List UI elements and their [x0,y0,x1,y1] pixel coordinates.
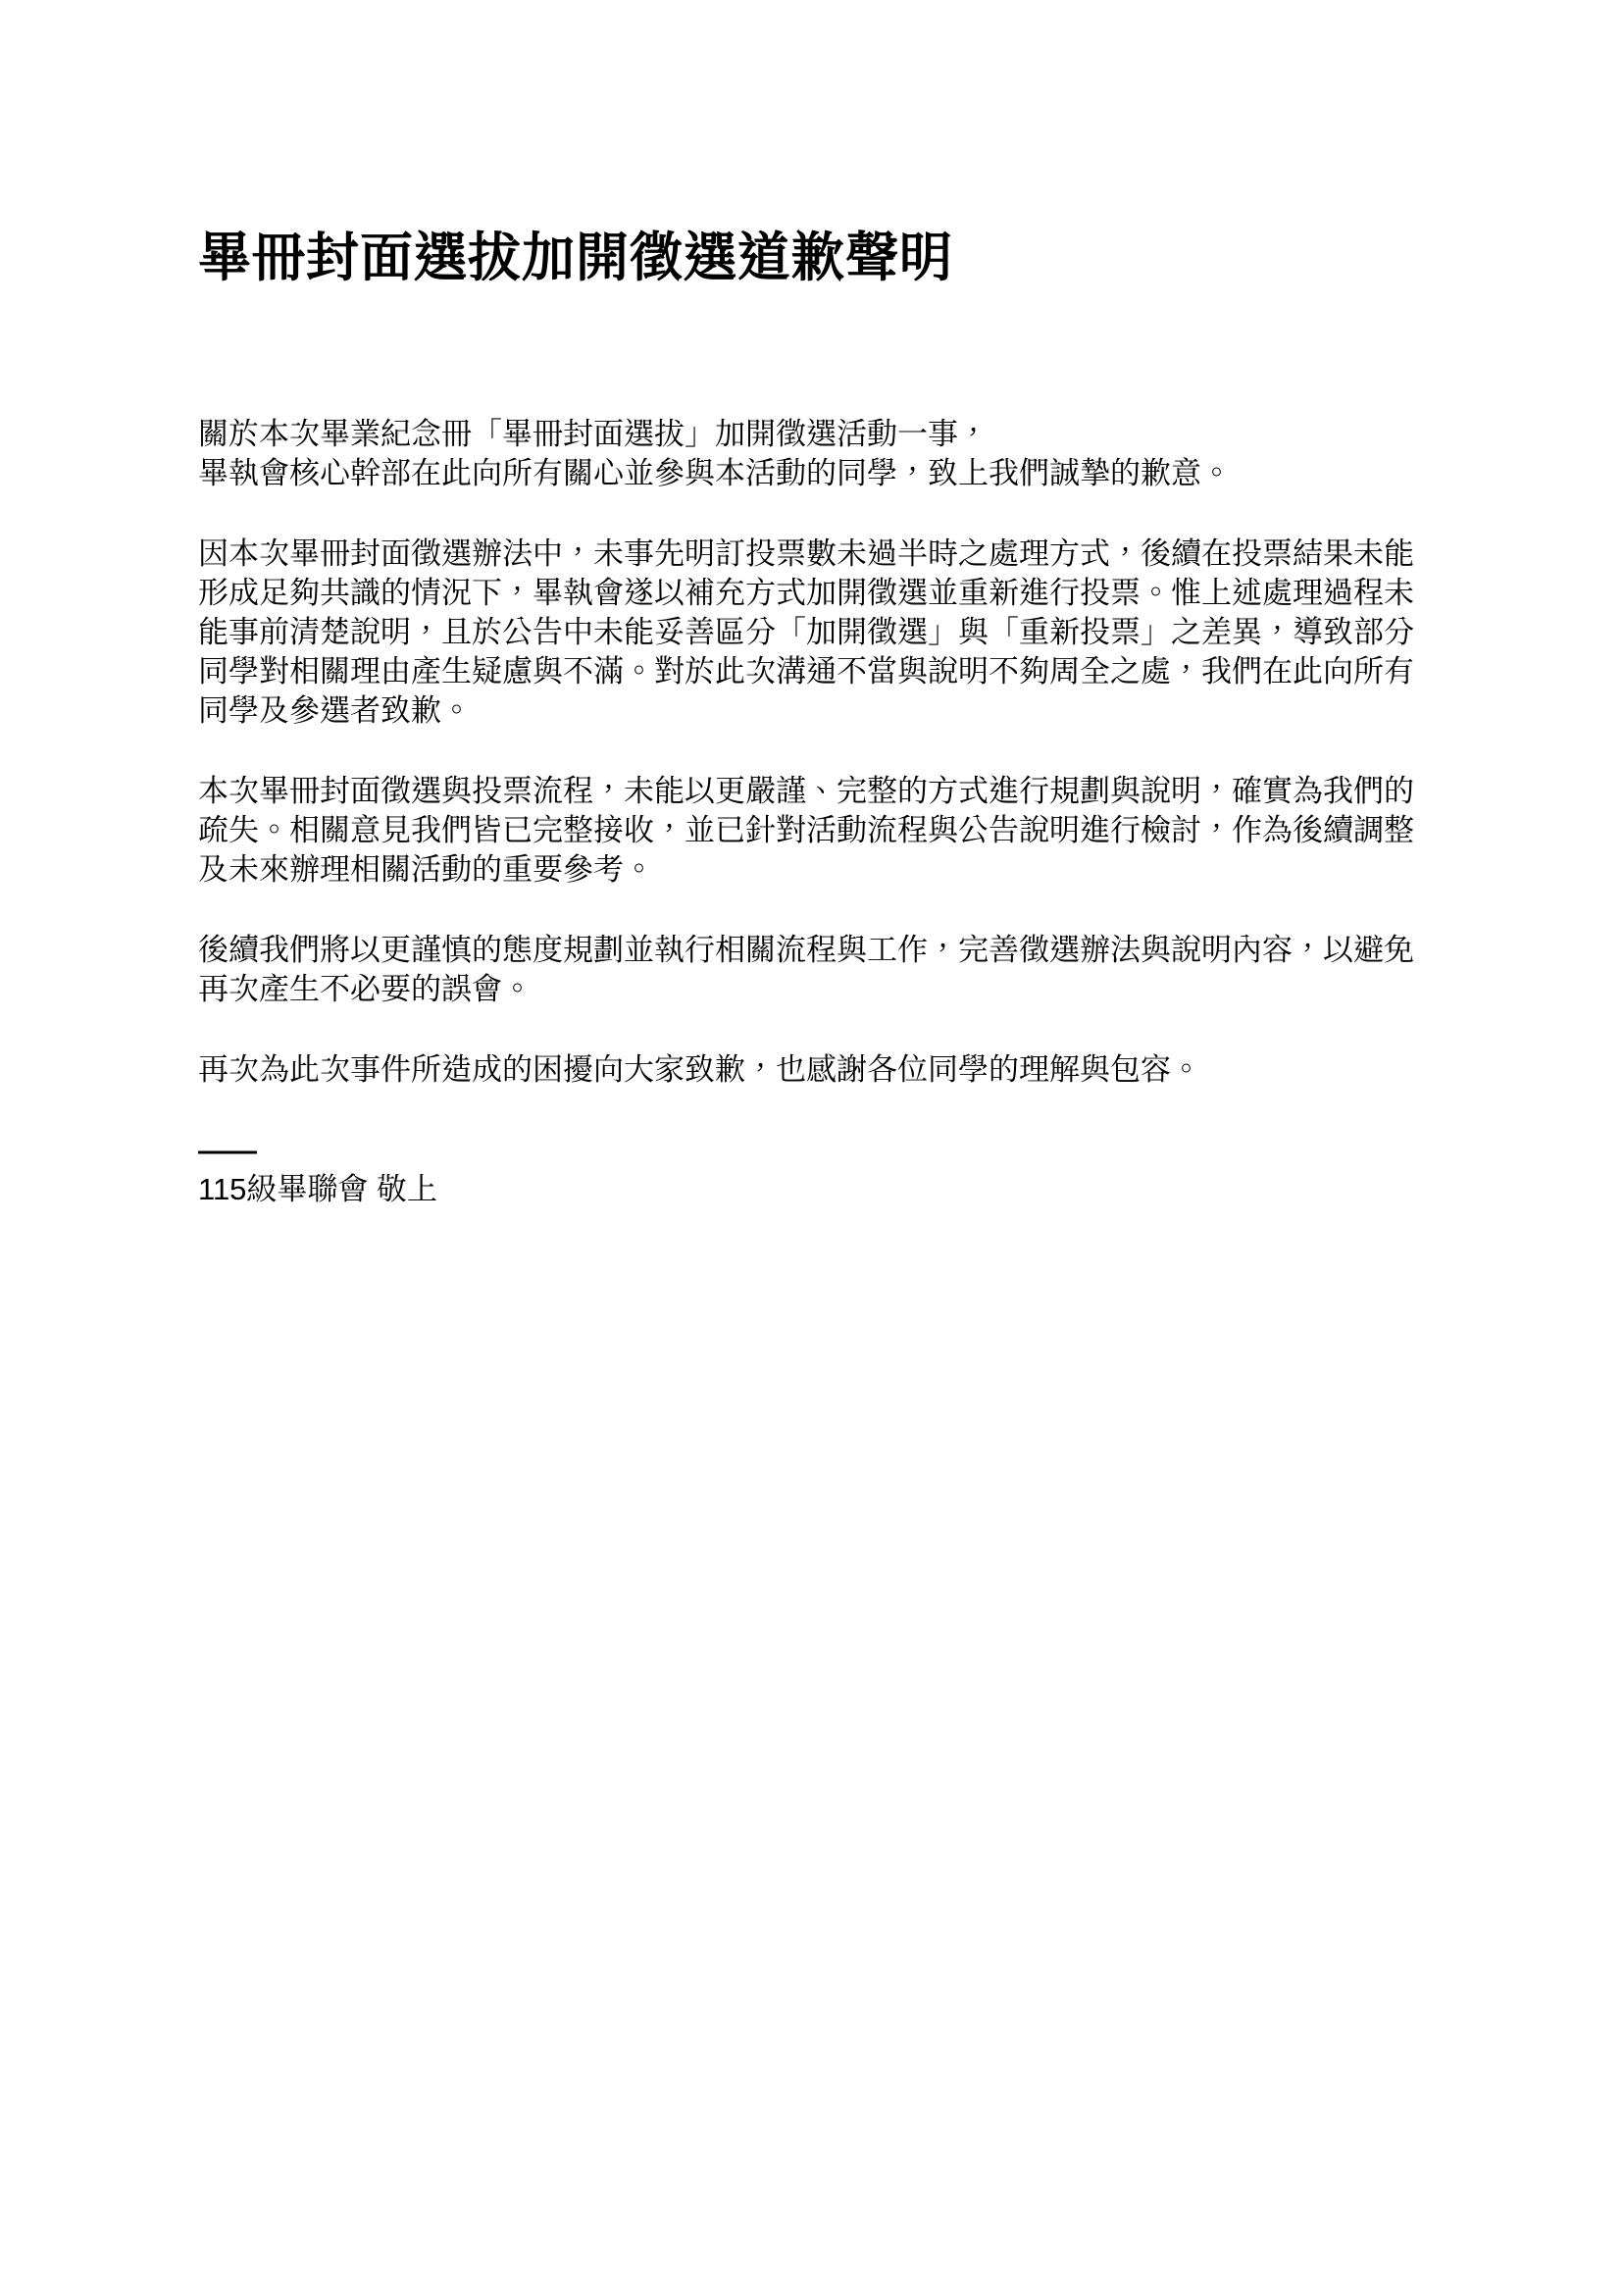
paragraph-improvement: 後續我們將以更謹慎的態度規劃並執行相關流程與工作，完善徵選辦法與說明內容，以避免… [198,931,1436,1009]
document-content: 畢冊封面選拔加開徵選道歉聲明 關於本次畢業紀念冊「畢冊封面選拔」加開徵選活動一事… [198,0,1436,1209]
paragraph-closing-apology: 再次為此次事件所造成的困擾向大家致歉，也感謝各位同學的理解與包容。 [198,1050,1436,1090]
page-title: 畢冊封面選拔加開徵選道歉聲明 [198,0,1436,290]
signature-divider: —— [198,1131,1436,1170]
signature: 115級畢聯會 敬上 [198,1170,1436,1209]
paragraph-explanation: 因本次畢冊封面徵選辦法中，未事先明訂投票數未過半時之處理方式，後續在投票結果未能… [198,535,1436,731]
paragraph-intro: 關於本次畢業紀念冊「畢冊封面選拔」加開徵選活動一事， 畢執會核心幹部在此向所有關… [198,415,1436,493]
document-page: 畢冊封面選拔加開徵選道歉聲明 關於本次畢業紀念冊「畢冊封面選拔」加開徵選活動一事… [0,0,1624,2294]
paragraph-review: 本次畢冊封面徵選與投票流程，未能以更嚴謹、完整的方式進行規劃與說明，確實為我們的… [198,772,1436,890]
